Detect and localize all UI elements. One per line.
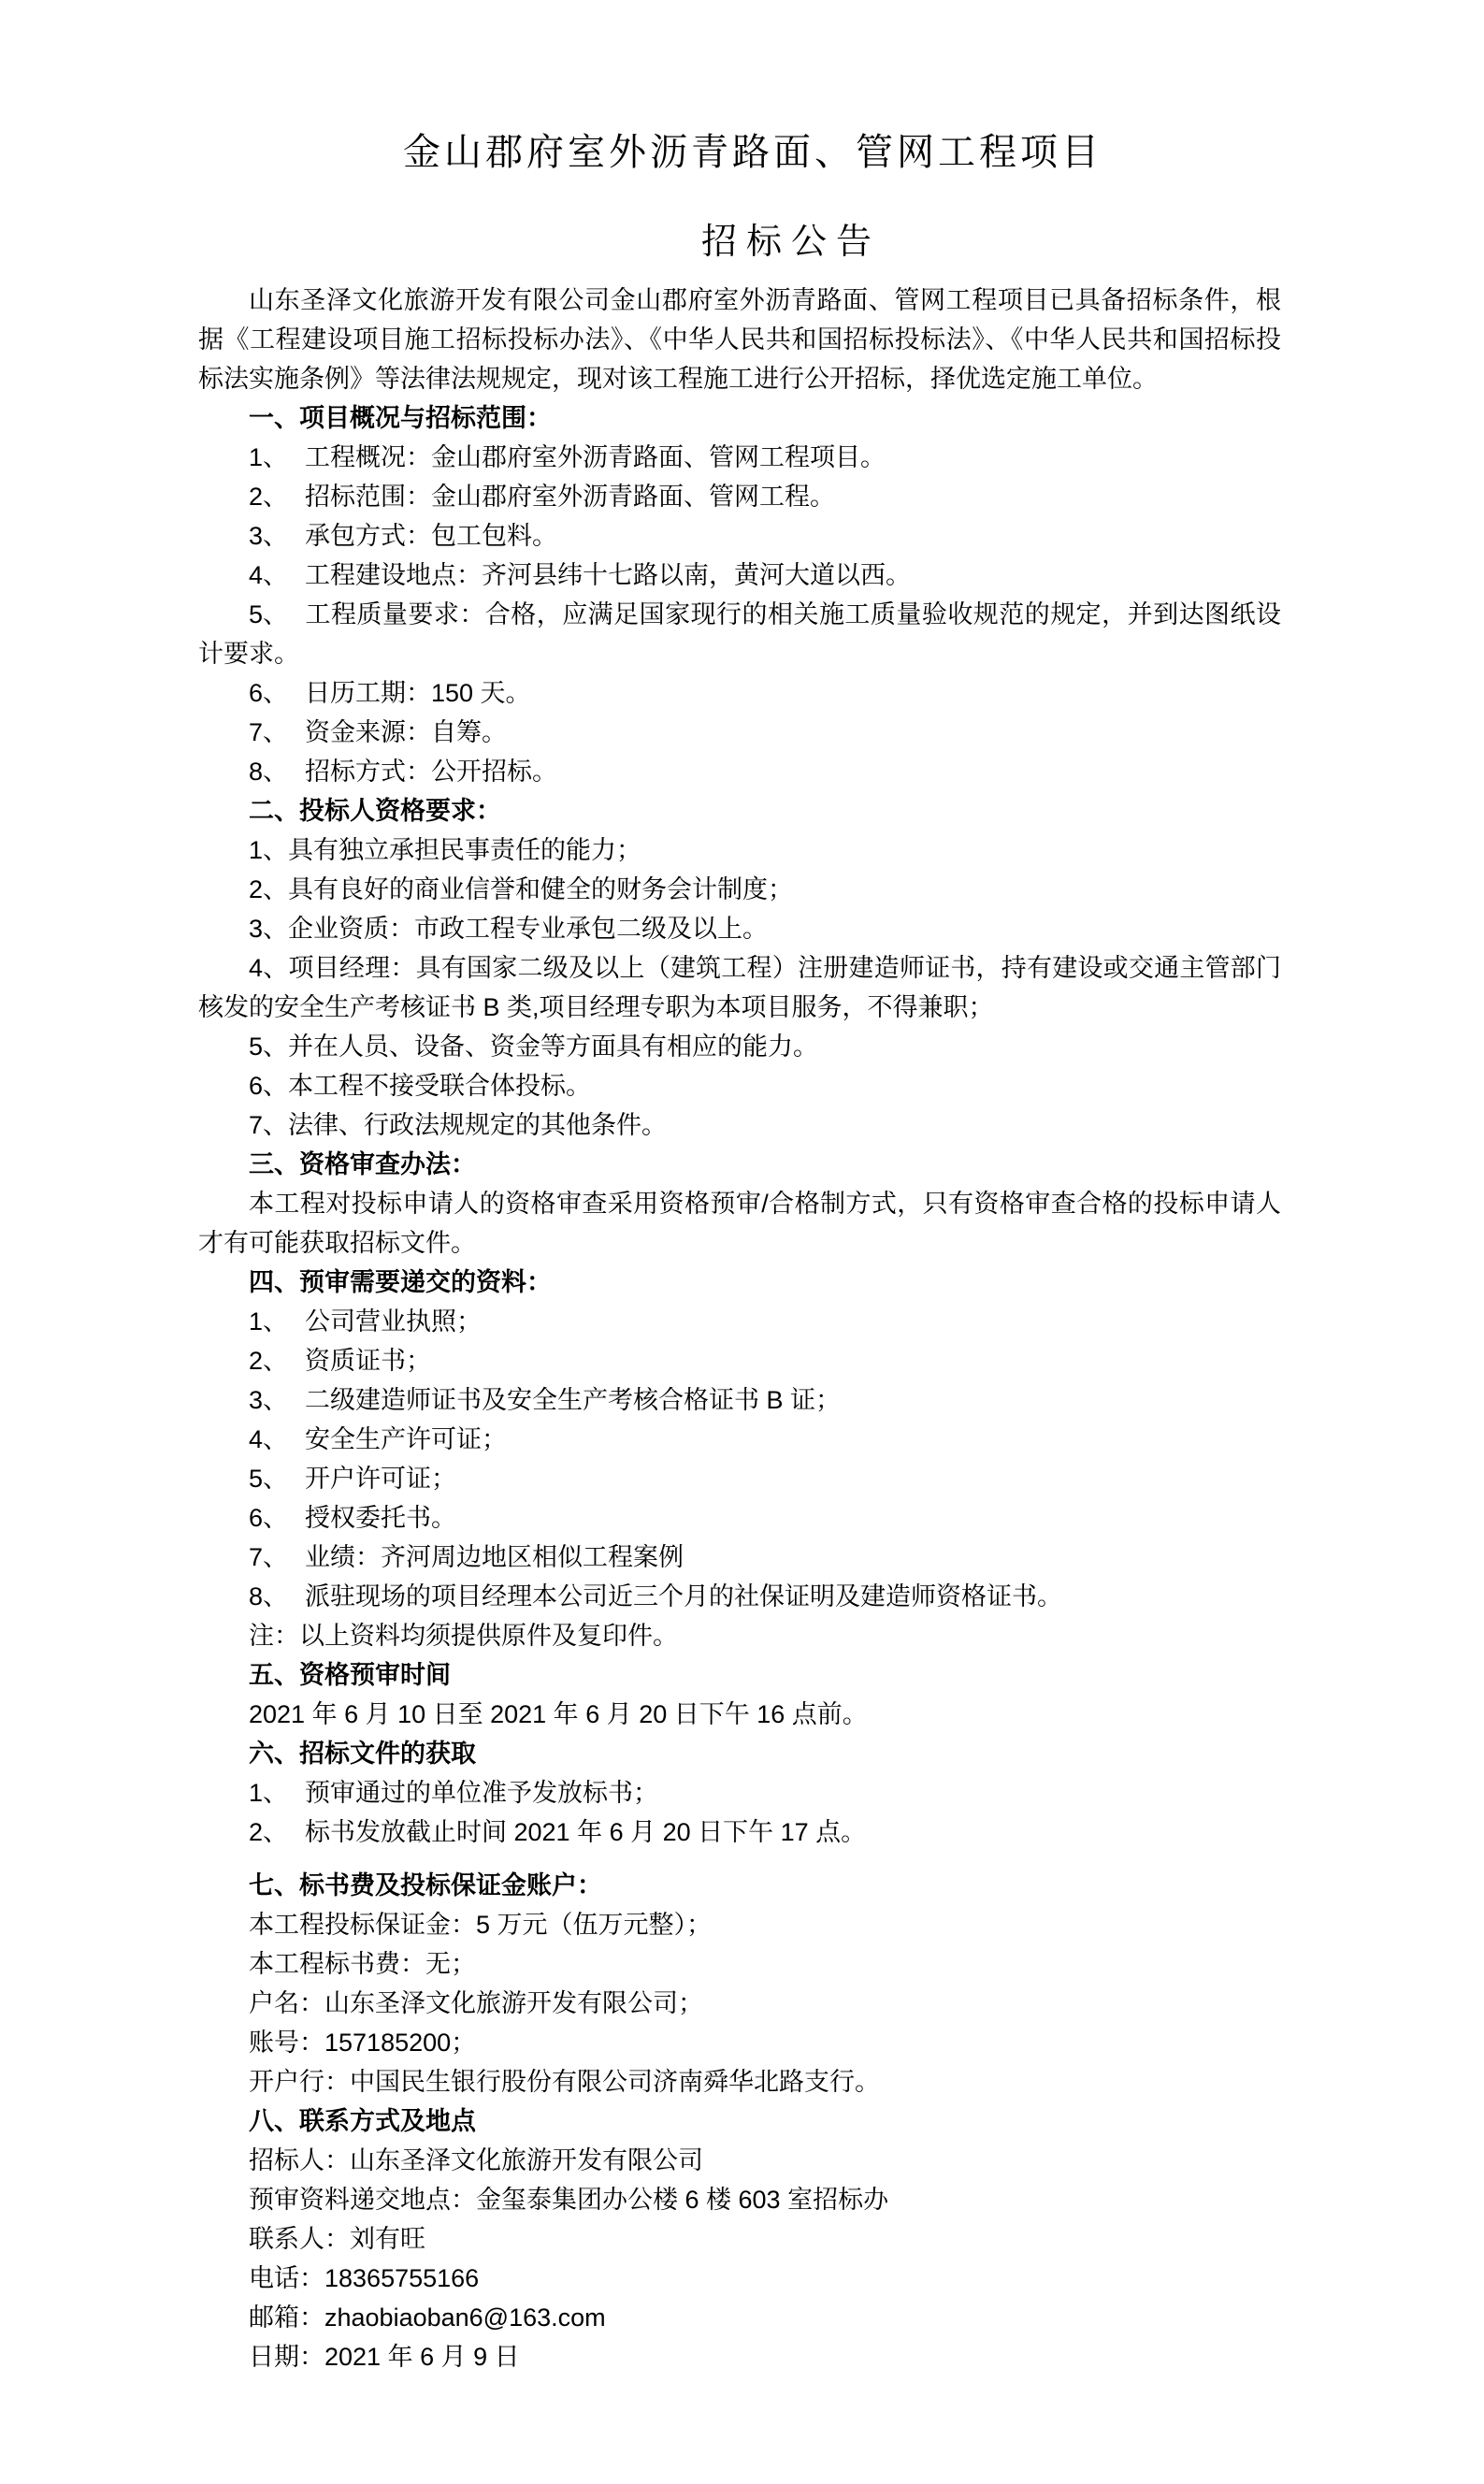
list-item: 2、标书发放截止时间 2021 年 6 月 20 日下午 17 点。 xyxy=(198,1812,1281,1852)
list-item: 1、工程概况：金山郡府室外沥青路面、管网工程项目。 xyxy=(198,438,1281,477)
paragraph: 预审资料递交地点：金玺泰集团办公楼 6 楼 603 室招标办 xyxy=(198,2180,1281,2219)
list-item: 2、资质证书； xyxy=(198,1341,1281,1380)
section-heading: 四、预审需要递交的资料： xyxy=(198,1263,1281,1302)
document-page: 金山郡府室外沥青路面、管网工程项目 招标公告 山东圣泽文化旅游开发有限公司金山郡… xyxy=(0,0,1484,2484)
item-text: 工程概况：金山郡府室外沥青路面、管网工程项目。 xyxy=(305,443,886,471)
item-text: 开户许可证； xyxy=(305,1465,456,1493)
item-number: 4、 xyxy=(249,954,288,982)
section-heading: 一、项目概况与招标范围： xyxy=(198,398,1281,438)
item-text: 资质证书； xyxy=(305,1347,431,1375)
item-text: 预审通过的单位准予发放标书； xyxy=(305,1779,658,1807)
paragraph: 日期：2021 年 6 月 9 日 xyxy=(198,2337,1281,2376)
item-number: 3、 xyxy=(249,915,288,943)
item-number: 7、 xyxy=(249,713,305,752)
item-number: 8、 xyxy=(249,752,305,791)
item-text: 具有良好的商业信誉和健全的财务会计制度； xyxy=(288,875,793,903)
item-text: 并在人员、设备、资金等方面具有相应的能力。 xyxy=(288,1033,818,1061)
list-item: 1、预审通过的单位准予发放标书； xyxy=(198,1773,1281,1812)
document-content: 金山郡府室外沥青路面、管网工程项目 招标公告 山东圣泽文化旅游开发有限公司金山郡… xyxy=(198,129,1281,2376)
item-number: 5、 xyxy=(249,1459,305,1498)
item-text: 标书发放截止时间 2021 年 6 月 20 日下午 17 点。 xyxy=(305,1818,866,1846)
item-text: 业绩：齐河周边地区相似工程案例 xyxy=(305,1543,684,1571)
section-heading: 五、资格预审时间 xyxy=(198,1655,1281,1695)
item-number: 4、 xyxy=(249,1420,305,1459)
item-text: 派驻现场的项目经理本公司近三个月的社保证明及建造师资格证书。 xyxy=(305,1582,1062,1610)
item-number: 3、 xyxy=(249,1380,305,1420)
list-item: 3、企业资质：市政工程专业承包二级及以上。 xyxy=(198,909,1281,948)
paragraph: 2021 年 6 月 10 日至 2021 年 6 月 20 日下午 16 点前… xyxy=(198,1695,1281,1734)
paragraph: 户名：山东圣泽文化旅游开发有限公司； xyxy=(198,1984,1281,2023)
item-text: 法律、行政法规规定的其他条件。 xyxy=(288,1111,667,1139)
paragraph: 开户行：中国民生银行股份有限公司济南舜华北路支行。 xyxy=(198,2062,1281,2101)
item-number: 5、 xyxy=(249,1033,288,1061)
item-number: 3、 xyxy=(249,516,305,556)
list-item: 8、派驻现场的项目经理本公司近三个月的社保证明及建造师资格证书。 xyxy=(198,1577,1281,1616)
section-heading: 六、招标文件的获取 xyxy=(198,1734,1281,1773)
item-text: 工程建设地点：齐河县纬十七路以南，黄河大道以西。 xyxy=(305,561,911,589)
paragraph: 山东圣泽文化旅游开发有限公司金山郡府室外沥青路面、管网工程项目已具备招标条件，根… xyxy=(198,281,1281,398)
item-number: 1、 xyxy=(249,1302,305,1341)
list-item: 5、并在人员、设备、资金等方面具有相应的能力。 xyxy=(198,1027,1281,1066)
paragraph: 本工程标书费：无； xyxy=(198,1944,1281,1984)
item-text: 日历工期：150 天。 xyxy=(305,679,531,707)
item-number: 7、 xyxy=(249,1538,305,1577)
item-number: 2、 xyxy=(249,1812,305,1852)
list-item: 4、项目经理：具有国家二级及以上（建筑工程）注册建造师证书，持有建设或交通主管部… xyxy=(198,948,1281,1027)
item-number: 1、 xyxy=(249,438,305,477)
paragraph: 招标人：山东圣泽文化旅游开发有限公司 xyxy=(198,2141,1281,2180)
list-item: 3、二级建造师证书及安全生产考核合格证书 B 证； xyxy=(198,1380,1281,1420)
section-heading: 二、投标人资格要求： xyxy=(198,791,1281,830)
paragraph: 电话：18365755166 xyxy=(198,2259,1281,2298)
list-item: 6、日历工期：150 天。 xyxy=(198,673,1281,713)
item-number: 2、 xyxy=(249,875,288,903)
item-number: 6、 xyxy=(249,1498,305,1538)
list-item: 6、本工程不接受联合体投标。 xyxy=(198,1066,1281,1105)
item-text: 安全生产许可证； xyxy=(305,1425,507,1453)
item-text: 公司营业执照； xyxy=(305,1307,482,1336)
item-text: 资金来源：自筹。 xyxy=(305,718,507,746)
list-item: 1、具有独立承担民事责任的能力； xyxy=(198,830,1281,870)
item-text: 招标范围：金山郡府室外沥青路面、管网工程。 xyxy=(305,483,835,511)
paragraph: 邮箱：zhaobiaoban6@163.com xyxy=(198,2298,1281,2337)
item-text: 招标方式：公开招标。 xyxy=(305,758,557,786)
item-number: 6、 xyxy=(249,673,305,713)
document-subtitle: 招标公告 xyxy=(250,219,1333,266)
item-text: 二级建造师证书及安全生产考核合格证书 B 证； xyxy=(305,1386,841,1414)
document-body: 山东圣泽文化旅游开发有限公司金山郡府室外沥青路面、管网工程项目已具备招标条件，根… xyxy=(198,281,1281,2376)
paragraph: 本工程对投标申请人的资格审查采用资格预审/合格制方式，只有资格审查合格的投标申请… xyxy=(198,1184,1281,1263)
item-text: 承包方式：包工包料。 xyxy=(305,522,557,550)
section-heading: 八、联系方式及地点 xyxy=(198,2101,1281,2141)
item-number: 2、 xyxy=(249,477,305,516)
list-item: 2、招标范围：金山郡府室外沥青路面、管网工程。 xyxy=(198,477,1281,516)
list-item: 4、工程建设地点：齐河县纬十七路以南，黄河大道以西。 xyxy=(198,556,1281,595)
list-item: 7、资金来源：自筹。 xyxy=(198,713,1281,752)
item-number: 7、 xyxy=(249,1111,288,1139)
item-number: 8、 xyxy=(249,1577,305,1616)
paragraph: 注：以上资料均须提供原件及复印件。 xyxy=(198,1616,1281,1655)
item-text: 授权委托书。 xyxy=(305,1504,456,1532)
list-item: 5、开户许可证； xyxy=(198,1459,1281,1498)
list-item: 6、授权委托书。 xyxy=(198,1498,1281,1538)
list-item: 1、公司营业执照； xyxy=(198,1302,1281,1341)
list-item: 8、招标方式：公开招标。 xyxy=(198,752,1281,791)
paragraph: 账号：157185200； xyxy=(198,2023,1281,2062)
item-text: 企业资质：市政工程专业承包二级及以上。 xyxy=(288,915,768,943)
item-text: 工程质量要求：合格，应满足国家现行的相关施工质量验收规范的规定，并到达图纸设计要… xyxy=(198,600,1281,668)
paragraph: 本工程投标保证金：5 万元（伍万元整）； xyxy=(198,1905,1281,1944)
item-text: 项目经理：具有国家二级及以上（建筑工程）注册建造师证书，持有建设或交通主管部门核… xyxy=(198,954,1281,1021)
list-item: 7、业绩：齐河周边地区相似工程案例 xyxy=(198,1538,1281,1577)
list-item: 7、法律、行政法规规定的其他条件。 xyxy=(198,1105,1281,1145)
list-item: 5、工程质量要求：合格，应满足国家现行的相关施工质量验收规范的规定，并到达图纸设… xyxy=(198,595,1281,673)
item-number: 6、 xyxy=(249,1072,288,1100)
item-number: 1、 xyxy=(249,836,288,864)
item-number: 5、 xyxy=(249,595,305,634)
paragraph: 联系人：刘有旺 xyxy=(198,2219,1281,2259)
item-number: 1、 xyxy=(249,1773,305,1812)
item-number: 2、 xyxy=(249,1341,305,1380)
document-title: 金山郡府室外沥青路面、管网工程项目 xyxy=(211,129,1294,176)
list-item: 4、安全生产许可证； xyxy=(198,1420,1281,1459)
item-text: 本工程不接受联合体投标。 xyxy=(288,1072,591,1100)
item-text: 具有独立承担民事责任的能力； xyxy=(288,836,641,864)
section-heading: 七、标书费及投标保证金账户： xyxy=(198,1866,1281,1905)
list-item: 2、具有良好的商业信誉和健全的财务会计制度； xyxy=(198,870,1281,909)
item-number: 4、 xyxy=(249,556,305,595)
section-heading: 三、资格审查办法： xyxy=(198,1145,1281,1184)
list-item: 3、承包方式：包工包料。 xyxy=(198,516,1281,556)
